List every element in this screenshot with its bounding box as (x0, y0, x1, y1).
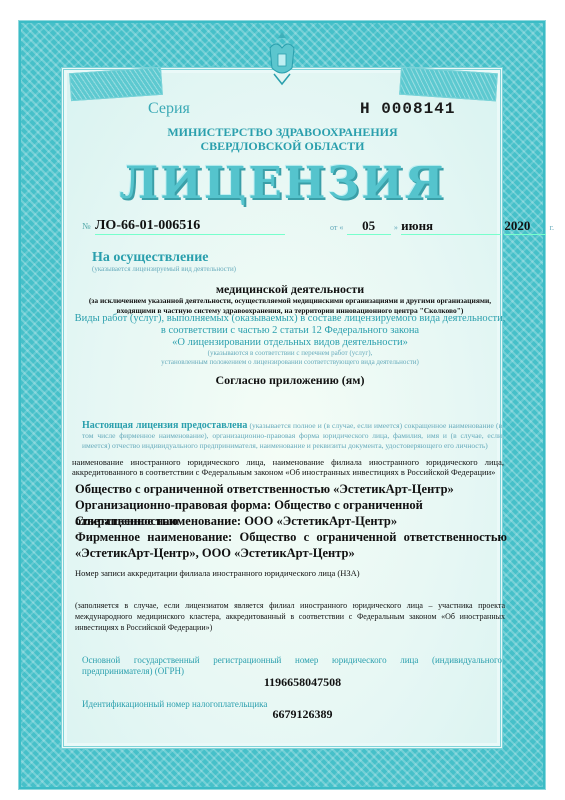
issuing-authority: МИНИСТЕРСТВО ЗДРАВООХРАНЕНИЯ СВЕРДЛОВСКО… (0, 125, 565, 153)
date-month: июня (401, 218, 501, 235)
coat-of-arms-icon (264, 30, 300, 90)
per-appendix: Согласно приложению (ям) (70, 373, 510, 388)
works-hint: (указываются в соответствии с перечнем р… (70, 349, 510, 367)
provided-label: Настоящая лицензия предоставлена (82, 420, 247, 431)
works-hint-2: установленным положением о лицензировани… (70, 358, 510, 367)
series-label: Серия (148, 100, 190, 118)
organization-full-name: Общество с ограниченной ответственностью… (75, 481, 507, 497)
number-prefix: № (82, 221, 91, 231)
issuer-line-2: СВЕРДЛОВСКОЙ ОБЛАСТИ (0, 139, 565, 153)
works-description: Виды работ (услуг), выполняемых (оказыва… (70, 313, 510, 349)
organization-short-name: Сокращенное наименование: ООО «ЭстетикАр… (75, 513, 507, 529)
date-separator: » (394, 223, 398, 232)
date-year: 2020 (504, 218, 546, 235)
organization-brand-name: Фирменное наименование: Общество с огран… (75, 529, 507, 561)
date-prefix: от « (330, 223, 343, 232)
date-suffix: г. (550, 223, 554, 232)
implementation-label: На осуществление (92, 250, 209, 266)
inn-value: 6679126389 (0, 707, 565, 722)
implementation-hint: (указывается лицензируемый вид деятельно… (92, 265, 236, 273)
ogrn-label: Основной государственный регистрационный… (82, 655, 502, 677)
series-number: Н 0008141 (360, 100, 455, 118)
works-line-1: Виды работ (услуг), выполняемых (оказыва… (70, 313, 510, 325)
issue-date: от « 05 » июня 2020 г. (330, 218, 554, 235)
provided-to-block: Настоящая лицензия предоставлена (указыв… (82, 421, 502, 451)
date-day: 05 (347, 218, 391, 235)
works-hint-1: (указываются в соответствии с перечнем р… (70, 349, 510, 358)
document-title: ЛИЦЕНЗИЯ (0, 158, 565, 209)
license-number: ЛО-66-01-006516 (95, 218, 285, 235)
works-line-3: «О лицензировании отдельных видов деятел… (70, 337, 510, 349)
nza-label: Номер записи аккредитации филиала иностр… (75, 568, 360, 578)
licensed-activity: медицинской деятельности (70, 282, 510, 297)
works-line-2: в соответствии с частью 2 статьи 12 Феде… (70, 325, 510, 337)
foreign-entity-note: наименование иностранного юридического л… (72, 457, 504, 477)
nza-note: (заполняется в случае, если лицензиатом … (75, 600, 505, 633)
ogrn-value: 1196658047508 (0, 675, 565, 690)
issuer-line-1: МИНИСТЕРСТВО ЗДРАВООХРАНЕНИЯ (0, 125, 565, 139)
